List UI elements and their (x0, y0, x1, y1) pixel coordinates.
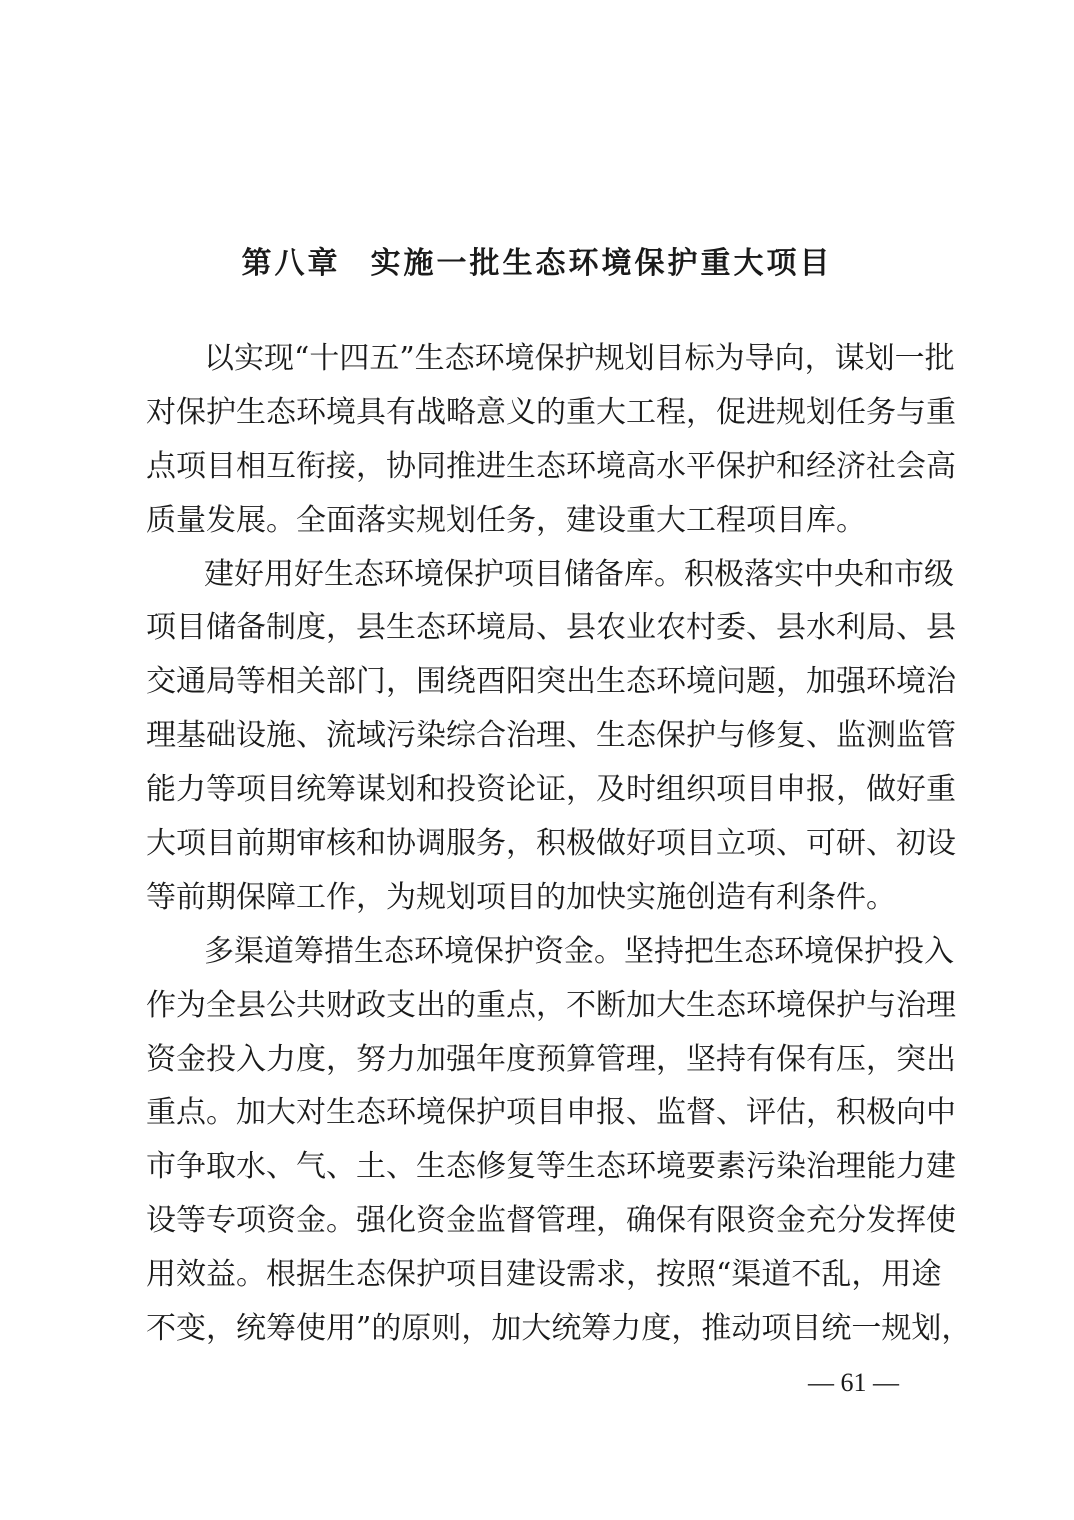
paragraph-2-line: 建好用好生态环境保护项目储备库。积极落实中央和市级 (146, 548, 926, 602)
paragraph-3-line: 重点。加大对生态环境保护项目申报、监督、评估，积极向中 (146, 1086, 926, 1140)
paragraph-2-line: 交通局等相关部门，围绕酉阳突出生态环境问题，加强环境治 (146, 655, 926, 709)
paragraph-1-line: 以实现“十四五”生态环境保护规划目标为导向，谋划一批 (146, 332, 926, 386)
paragraph-3-line: 不变，统筹使用”的原则，加大统筹力度，推动项目统一规划， (146, 1302, 926, 1356)
paragraph-3-line: 设等专项资金。强化资金监督管理，确保有限资金充分发挥使 (146, 1194, 926, 1248)
paragraph-1-line: 对保护生态环境具有战略意义的重大工程，促进规划任务与重 (146, 386, 926, 440)
paragraph-3-line: 作为全县公共财政支出的重点，不断加大生态环境保护与治理 (146, 979, 926, 1033)
paragraph-1-line: 质量发展。全面落实规划任务，建设重大工程项目库。 (146, 494, 926, 548)
paragraph-3-line: 资金投入力度，努力加强年度预算管理，坚持有保有压，突出 (146, 1033, 926, 1087)
paragraph-3-line: 市争取水、气、土、生态修复等生态环境要素污染治理能力建 (146, 1140, 926, 1194)
paragraph-2-line: 能力等项目统筹谋划和投资论证，及时组织项目申报，做好重 (146, 763, 926, 817)
chapter-title: 实施一批生态环境保护重大项目 (371, 246, 833, 281)
paragraph-2-line: 理基础设施、流域污染综合治理、生态保护与修复、监测监管 (146, 709, 926, 763)
paragraph-2-line: 项目储备制度，县生态环境局、县农业农村委、县水利局、县 (146, 601, 926, 655)
chapter-heading: 第八章实施一批生态环境保护重大项目 (0, 238, 1074, 282)
document-body: 以实现“十四五”生态环境保护规划目标为导向，谋划一批 对保护生态环境具有战略意义… (146, 332, 926, 1356)
paragraph-2-line: 大项目前期审核和协调服务，积极做好项目立项、可研、初设 (146, 817, 926, 871)
paragraph-2-line: 等前期保障工作，为规划项目的加快实施创造有利条件。 (146, 871, 926, 925)
paragraph-1-line: 点项目相互衔接，协同推进生态环境高水平保护和经济社会高 (146, 440, 926, 494)
chapter-number: 第八章 (242, 246, 341, 281)
paragraph-3-line: 多渠道筹措生态环境保护资金。坚持把生态环境保护投入 (146, 925, 926, 979)
paragraph-3-line: 用效益。根据生态保护项目建设需求，按照“渠道不乱，用途 (146, 1248, 926, 1302)
page-number: — 61 — (808, 1368, 899, 1398)
